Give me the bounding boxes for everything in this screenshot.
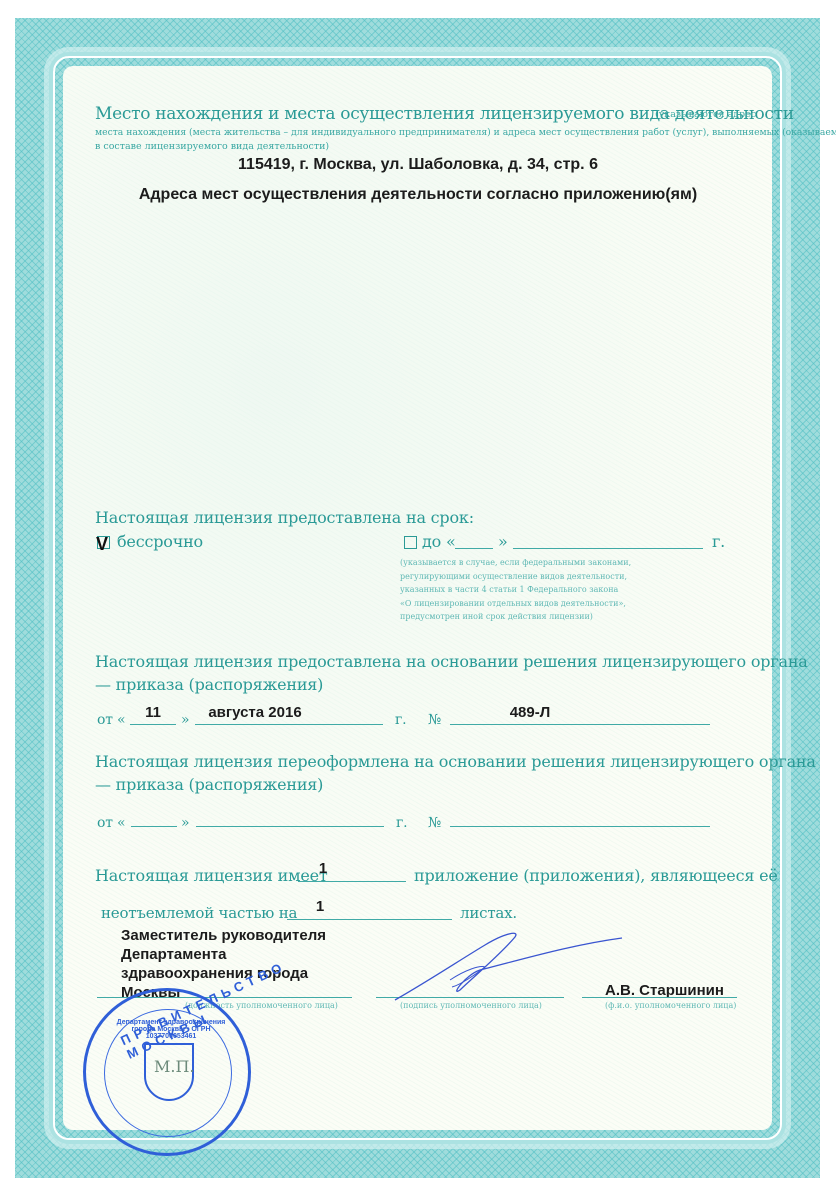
reissue-basis-line2: — приказа (распоряжения) [95,775,323,794]
location-heading-note-2: места нахождения (места жительства – для… [95,127,836,138]
grant-number-field[interactable] [450,724,710,725]
grant-basis-line2: — приказа (распоряжения) [95,675,323,694]
activity-address-note: Адреса мест осуществления деятельности с… [0,186,836,204]
term-until-quote: » [498,532,508,551]
grant-month-year-value: августа 2016 [195,704,315,721]
appendix-sheets-field[interactable] [287,919,452,920]
grant-month-year-field[interactable] [195,724,383,725]
term-note-line: предусмотрен иной срок действия лицензии… [400,610,631,624]
reissue-quote-close: » [181,815,189,831]
term-note: (указывается в случае, если федеральными… [400,556,631,624]
grant-day-value: 11 [130,704,176,721]
name-line [582,997,737,998]
grant-number-label: № [428,712,441,728]
name-caption: (ф.и.о. уполномоченного лица) [605,1001,736,1010]
location-heading-note-3: в составе лицензируемого вида деятельнос… [95,141,329,152]
grant-number-value: 489-Л [480,704,580,721]
appendix-count-value: 1 [298,860,348,877]
term-label: Настоящая лицензия предоставлена на срок… [95,508,474,527]
grant-quote-close: » [181,712,189,728]
appendix-line1-prefix: Настоящая лицензия имеет [95,866,328,885]
licensee-address: 115419, г. Москва, ул. Шаболовка, д. 34,… [0,156,836,174]
term-unlimited-label: бессрочно [117,532,203,551]
grant-from-label: от « [97,712,125,728]
grant-day-field[interactable] [130,724,176,725]
term-note-line: регулирующими осуществление видов деятел… [400,570,631,584]
appendix-line2-suffix: листах. [460,904,517,922]
signatory-position-line: Департамента [121,945,326,964]
grant-basis-line1: Настоящая лицензия предоставлена на осно… [95,652,808,671]
handwritten-signature-icon [390,925,630,1005]
term-note-line: «О лицензировании отдельных видов деятел… [400,597,631,611]
term-until-year: г. [712,532,725,551]
stamp-place-label: М.П. [154,1057,195,1076]
signatory-position-line: Заместитель руководителя [121,926,326,945]
term-until-checkbox[interactable] [404,536,417,549]
stamp-inner-text: Департамент здравоохранения города Москв… [116,1019,226,1040]
appendix-sheets-value: 1 [287,898,353,915]
term-until-date-field[interactable] [513,548,703,549]
reissue-number-field[interactable] [450,826,710,827]
reissue-basis-line1: Настоящая лицензия переоформлена на осно… [95,752,816,771]
reissue-from-label: от « [97,815,125,831]
reissue-number-label: № [428,815,441,831]
reissue-year-label: г. [396,815,407,831]
appendix-line1-suffix: приложение (приложения), являющееся её [414,866,778,885]
term-until-prefix: до « [422,532,456,551]
check-mark-icon: V [96,534,108,555]
official-stamp: ПРАВИТЕЛЬСТВО МОСКВЫ Департамент здравоо… [83,988,251,1156]
reissue-month-year-field[interactable] [196,826,384,827]
term-note-line: указанных в части 4 статьи 1 Федеральног… [400,583,631,597]
term-note-line: (указывается в случае, если федеральными… [400,556,631,570]
term-until-day-field[interactable] [455,548,493,549]
grant-year-label: г. [395,712,406,728]
signatory-position-line: здравоохранения города [121,964,326,983]
reissue-day-field[interactable] [131,826,177,827]
appendix-count-field[interactable] [298,881,406,882]
appendix-line2-prefix: неотъемлемой частью на [101,904,297,922]
location-heading-note-1: (указываются адрес [655,109,756,120]
